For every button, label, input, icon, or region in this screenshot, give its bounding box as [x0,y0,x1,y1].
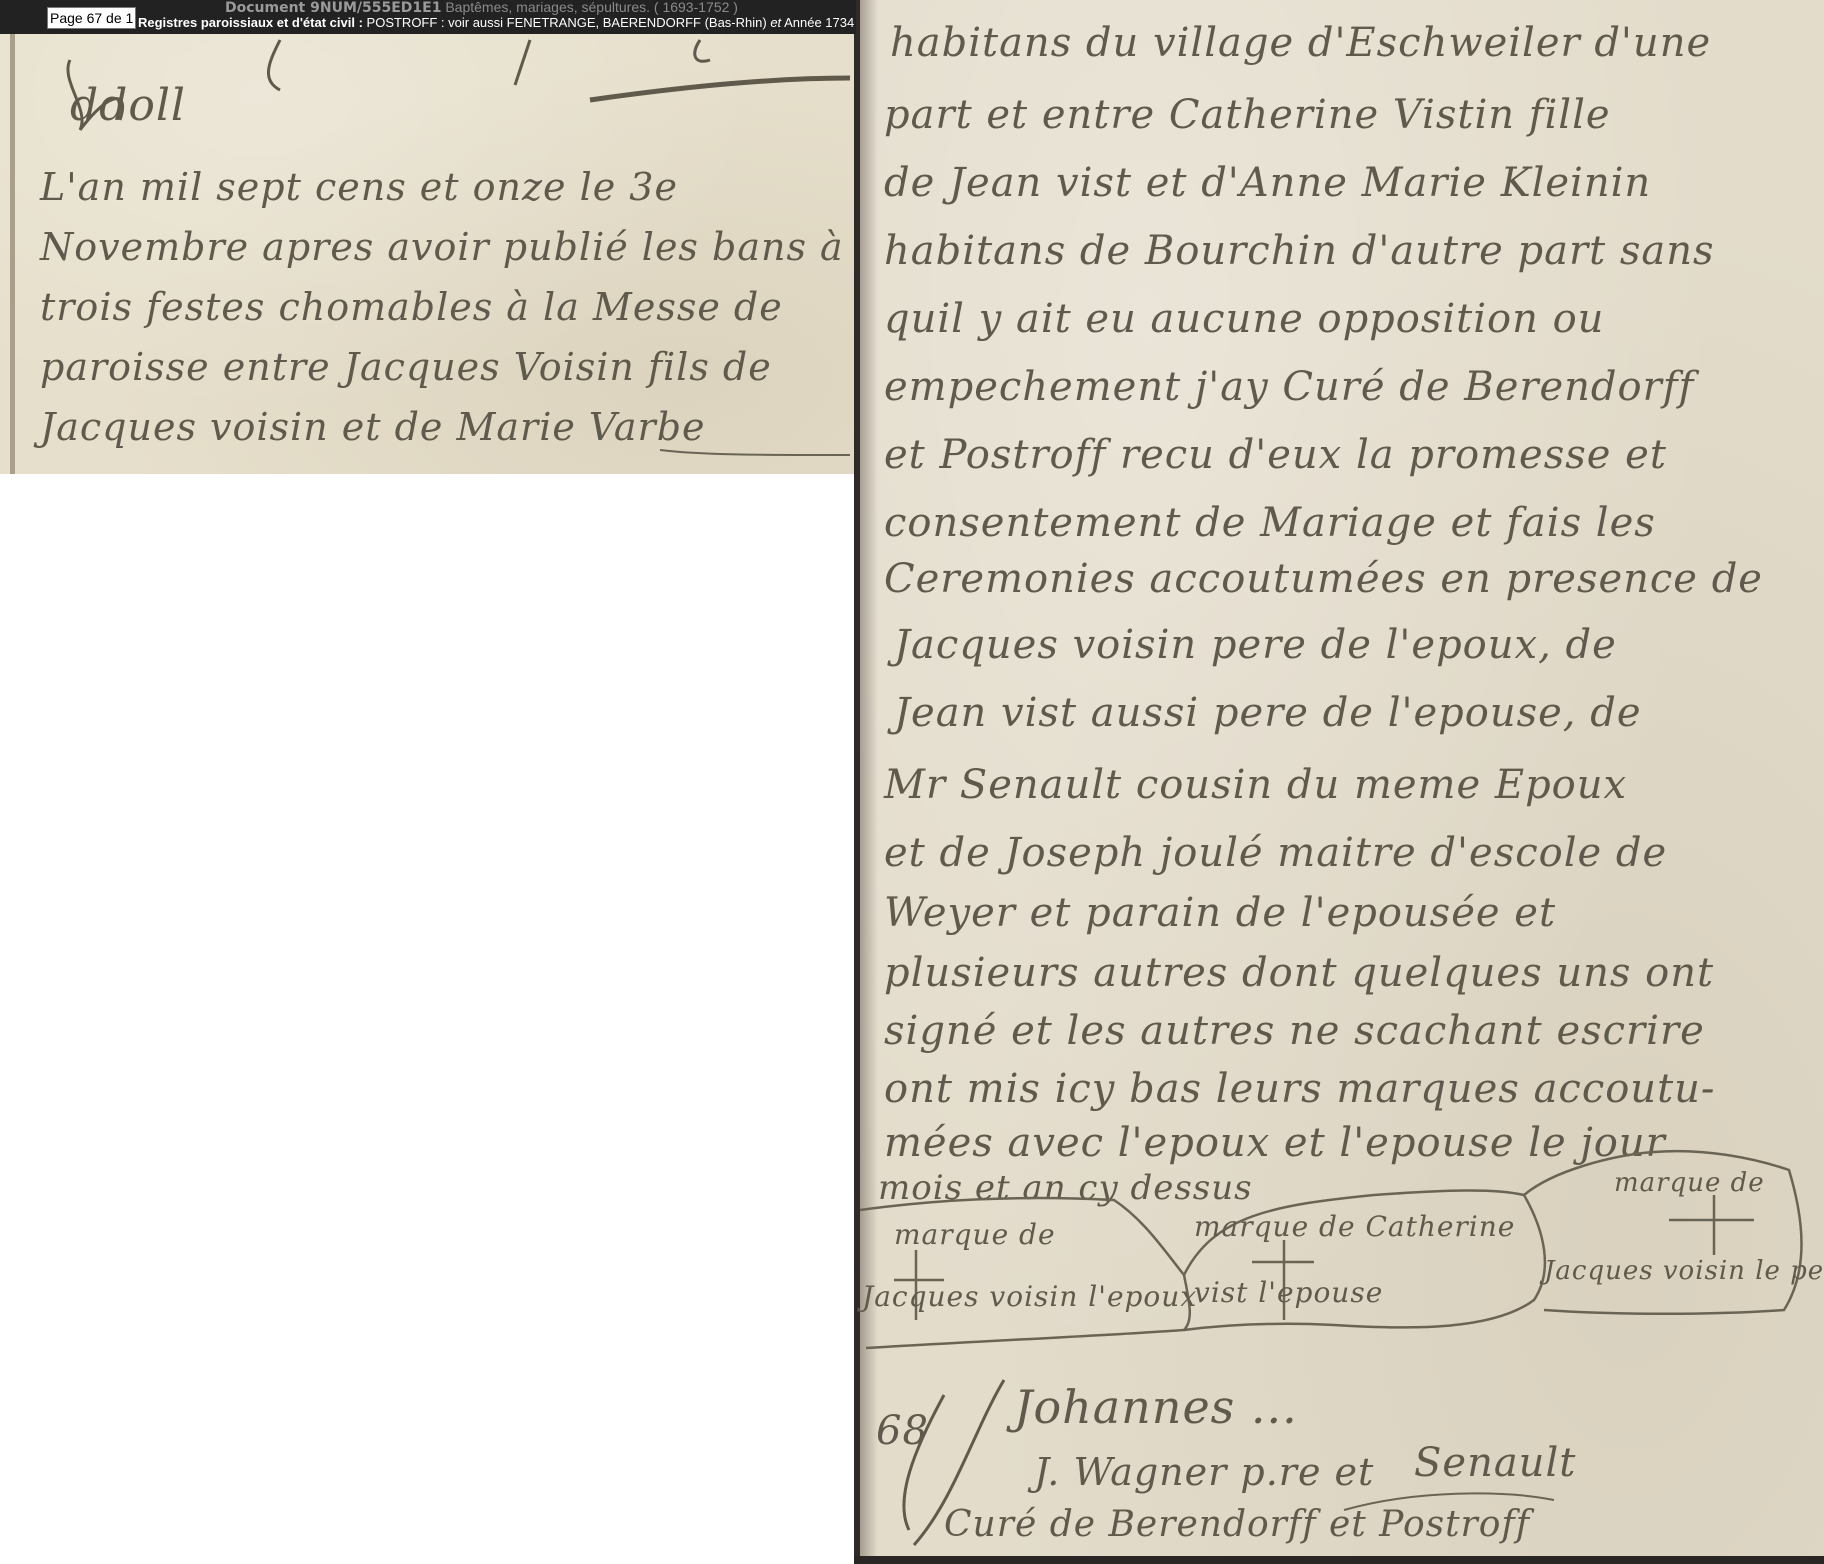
manuscript-fragment: ddoll [70,80,186,131]
mark-name-groom: Jacques voisin l'epoux [862,1280,1197,1313]
mark-name-father: Jacques voisin le pere [1544,1256,1824,1286]
and-word: et [770,15,781,30]
collection-line: Registres paroissiaux et d'état civil : … [138,15,854,31]
manuscript-line: L'an mil sept cens et onze le 3e [40,165,678,209]
signature-cure: Curé de Berendorff et Postroff [944,1504,1530,1545]
collection-detail: POSTROFF : voir aussi FENETRANGE, BAEREN… [367,15,767,30]
document-description: Baptêmes, mariages, sépultures. ( 1693-1… [445,0,738,15]
mark-label-bride: marque de Catherine [1194,1210,1515,1243]
manuscript-line: trois festes chomables à la Messe de [40,285,783,329]
viewer-header: Page 67 de 1 Document 9NUM/555ED1E1 Bapt… [0,0,856,34]
margin-number: 68 [876,1408,929,1454]
manuscript-line: Novembre apres avoir publié les bans à [40,225,844,269]
signature-senault: Senault [1414,1440,1576,1486]
marks-outlines [854,0,1824,1564]
document-id: Document 9NUM/555ED1E1 [225,0,441,16]
mark-name-bride: vist l'epouse [1194,1276,1383,1309]
year-label: Année 1734 [784,15,854,30]
page-counter[interactable]: Page 67 de 1 [47,7,136,29]
manuscript-line: paroisse entre Jacques Voisin fils de [40,345,772,389]
mark-label-father: marque de [1614,1168,1765,1198]
mark-label-groom: marque de [894,1218,1056,1251]
left-page-scan: ddoll L'an mil sept cens et onze le 3e N… [0,0,856,474]
right-page-scan: habitans du village d'Eschweiler d'une p… [854,0,1824,1564]
collection-label: Registres paroissiaux et d'état civil : [138,15,363,30]
signature-wagner: J. Wagner p.re et [1034,1450,1374,1494]
signature-johannes: Johannes ... [1014,1380,1298,1434]
manuscript-line: Jacques voisin et de Marie Varbe [40,405,706,449]
page-bottom-edge [854,1556,1824,1564]
document-title-line: Document 9NUM/555ED1E1 Baptêmes, mariage… [225,0,738,15]
